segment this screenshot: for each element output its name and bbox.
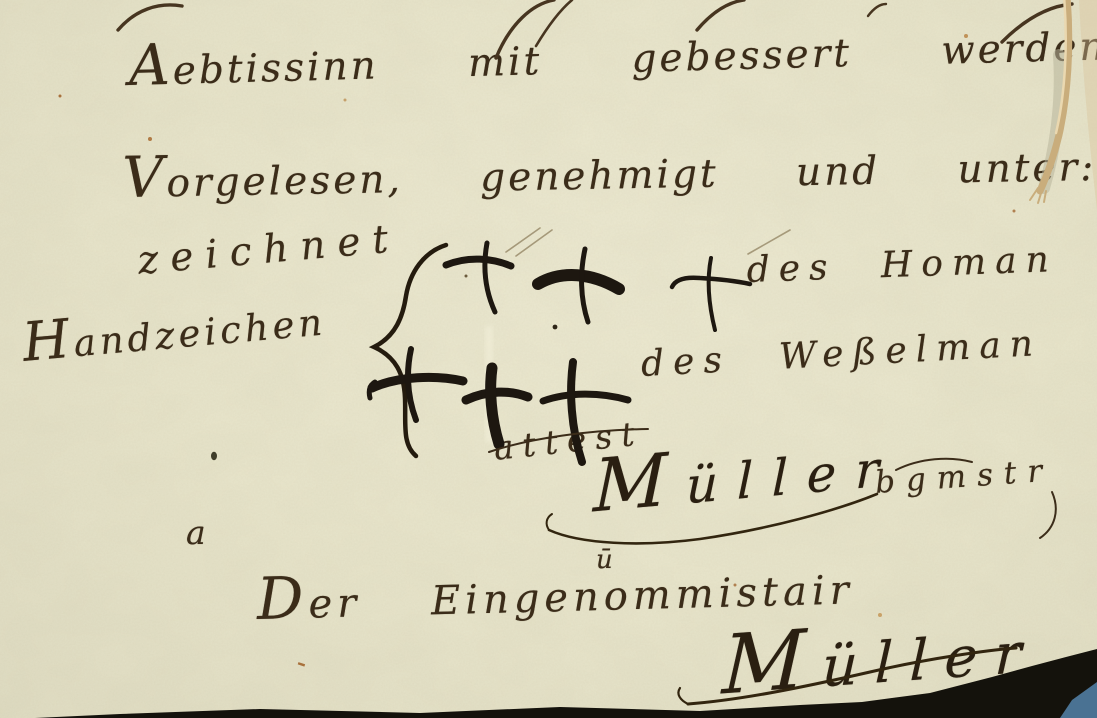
- abbreviation-bar: [896, 459, 1056, 538]
- binding-thread: [1030, 0, 1097, 210]
- signature-flourish-1: [547, 494, 877, 543]
- ink-graphics: [0, 0, 1097, 718]
- homan-cross-marks: [446, 243, 750, 330]
- faint-offset-strokes: [506, 228, 790, 256]
- attest-overline-stroke: [489, 429, 648, 452]
- cut-off-line-strokes: [118, 0, 1072, 58]
- manuscript-scan-page: Aebtissinn mit gebessert werden Vorgeles…: [0, 0, 1097, 718]
- paper-specks: [59, 34, 1016, 667]
